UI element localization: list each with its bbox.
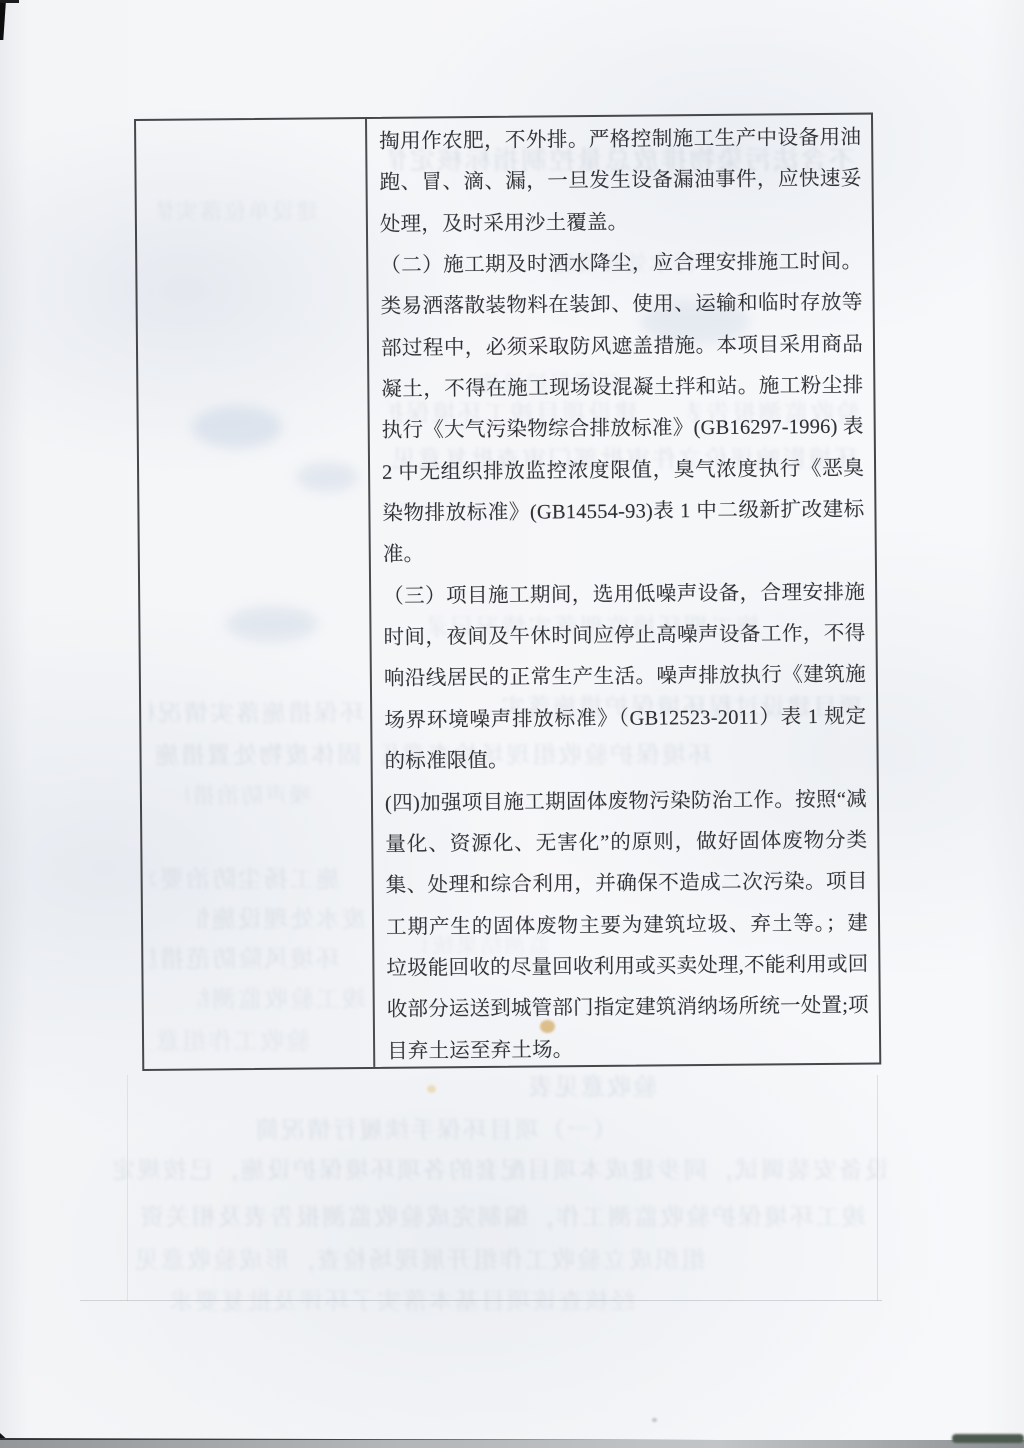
text-line: 集、处理和综合利用，并确保不造成二次污染。项目施 xyxy=(386,862,868,908)
scan-edge-mark-top xyxy=(0,0,19,3)
text-line: 工期产生的固体废物主要为建筑垃圾、弃土等。；建筑 xyxy=(386,903,868,949)
text-line: （二）施工期及时洒水降尘，应合理安排施工时间。各 xyxy=(380,242,862,288)
text-line: 凝土，不得在施工现场设混凝土拌和站。施工粉尘排放 xyxy=(381,366,863,412)
text-line: 收部分运送到城管部门指定建筑消纳场所统一处置;项 xyxy=(387,986,869,1032)
bleedthrough-rule xyxy=(80,1300,882,1301)
text-line: 类易洒落散装物料在装卸、使用、运输和临时存放等全 xyxy=(380,283,862,329)
text-line: 准。 xyxy=(383,531,865,577)
scan-edge-mark-bottom-right xyxy=(952,1434,1024,1443)
text-line: 掏用作农肥，不外排。严格控制施工生产中设备用油的 xyxy=(379,118,861,164)
scanner-background-band xyxy=(0,1440,1024,1448)
text-line: 2 中无组织排放监控浓度限值，臭气浓度执行《恶臭污 xyxy=(382,448,864,494)
text-line: 垃圾能回收的尽量回收利用或买卖处理,不能利用或回 xyxy=(386,944,868,990)
bleedthrough-text: 竣工环境保护验收监测工作，编制完成验收监测报告表及相关资料记录文件 xyxy=(138,1202,866,1234)
text-line: 响沿线居民的正常生产生活。噪声排放执行《建筑施工 xyxy=(384,655,866,701)
table-left-column xyxy=(136,119,373,1069)
text-line: 时间，夜间及午休时间应停止高噪声设备工作，不得影 xyxy=(383,614,865,660)
bleedthrough-rule xyxy=(877,1075,878,1301)
bleedthrough-text: 组织成立验收工作组开展现场检查，形成验收意见 xyxy=(130,1245,705,1277)
document-table: 掏用作农肥，不外排。严格控制施工生产中设备用油的跑、冒、滴、漏，一旦发生设备漏油… xyxy=(134,113,881,1071)
text-line: （三）项目施工期间，选用低噪声设备，合理安排施工 xyxy=(383,572,865,618)
scanned-document-page: 不含法污染物排放总量控制指标核定情况说明表污水处理设施环境保护设施建设项目竣工环… xyxy=(0,0,1024,1448)
text-line: 染物排放标准》(GB14554-93)表 1 中二级新扩改建标 xyxy=(382,490,864,536)
bleedthrough-text: 设备安装调试，同步建成本项目配套的各项环境保护设施，已按规定程序开展验收 xyxy=(114,1155,889,1187)
text-line: 目弃土运至弃土场。 xyxy=(387,1027,869,1073)
text-line: 场界环境噪声排放标准》（GB12523-2011）表 1 规定 xyxy=(384,696,866,742)
table-right-column: 掏用作农肥，不外排。严格控制施工生产中设备用油的跑、冒、滴、漏，一旦发生设备漏油… xyxy=(367,115,879,1067)
text-line: 的标准限值。 xyxy=(384,738,866,784)
text-line: 量化、资源化、无害化”的原则，做好固体废物分类收 xyxy=(385,820,867,866)
scan-edge-mark-top-left xyxy=(0,0,6,40)
paper-stain xyxy=(427,1085,436,1093)
bleedthrough-text: 经核查该项目基本落实了环评及批复要求 xyxy=(130,1286,635,1318)
body-text: 掏用作农肥，不外排。严格控制施工生产中设备用油的跑、冒、滴、漏，一旦发生设备漏油… xyxy=(379,118,869,1073)
bleedthrough-text: 验收意见表 xyxy=(497,1072,657,1104)
text-line: 跑、冒、滴、漏，一旦发生设备漏油事件，应快速妥善 xyxy=(379,159,861,205)
paper-stain xyxy=(652,1418,657,1422)
text-line: (四)加强项目施工期固体废物污染防治工作。按照“减 xyxy=(385,779,867,825)
text-line: 执行《大气污染物综合排放标准》(GB16297-1996) 表 xyxy=(382,407,864,453)
text-line: 部过程中，必须采取防风遮盖措施。本项目采用商品混 xyxy=(381,324,863,370)
bleedthrough-text: （一）项目环保手续履行情况简述 xyxy=(252,1115,617,1147)
paper-stain xyxy=(540,1020,555,1033)
text-line: 处理，及时采用沙土覆盖。 xyxy=(380,200,862,246)
bleedthrough-rule xyxy=(127,1075,128,1301)
